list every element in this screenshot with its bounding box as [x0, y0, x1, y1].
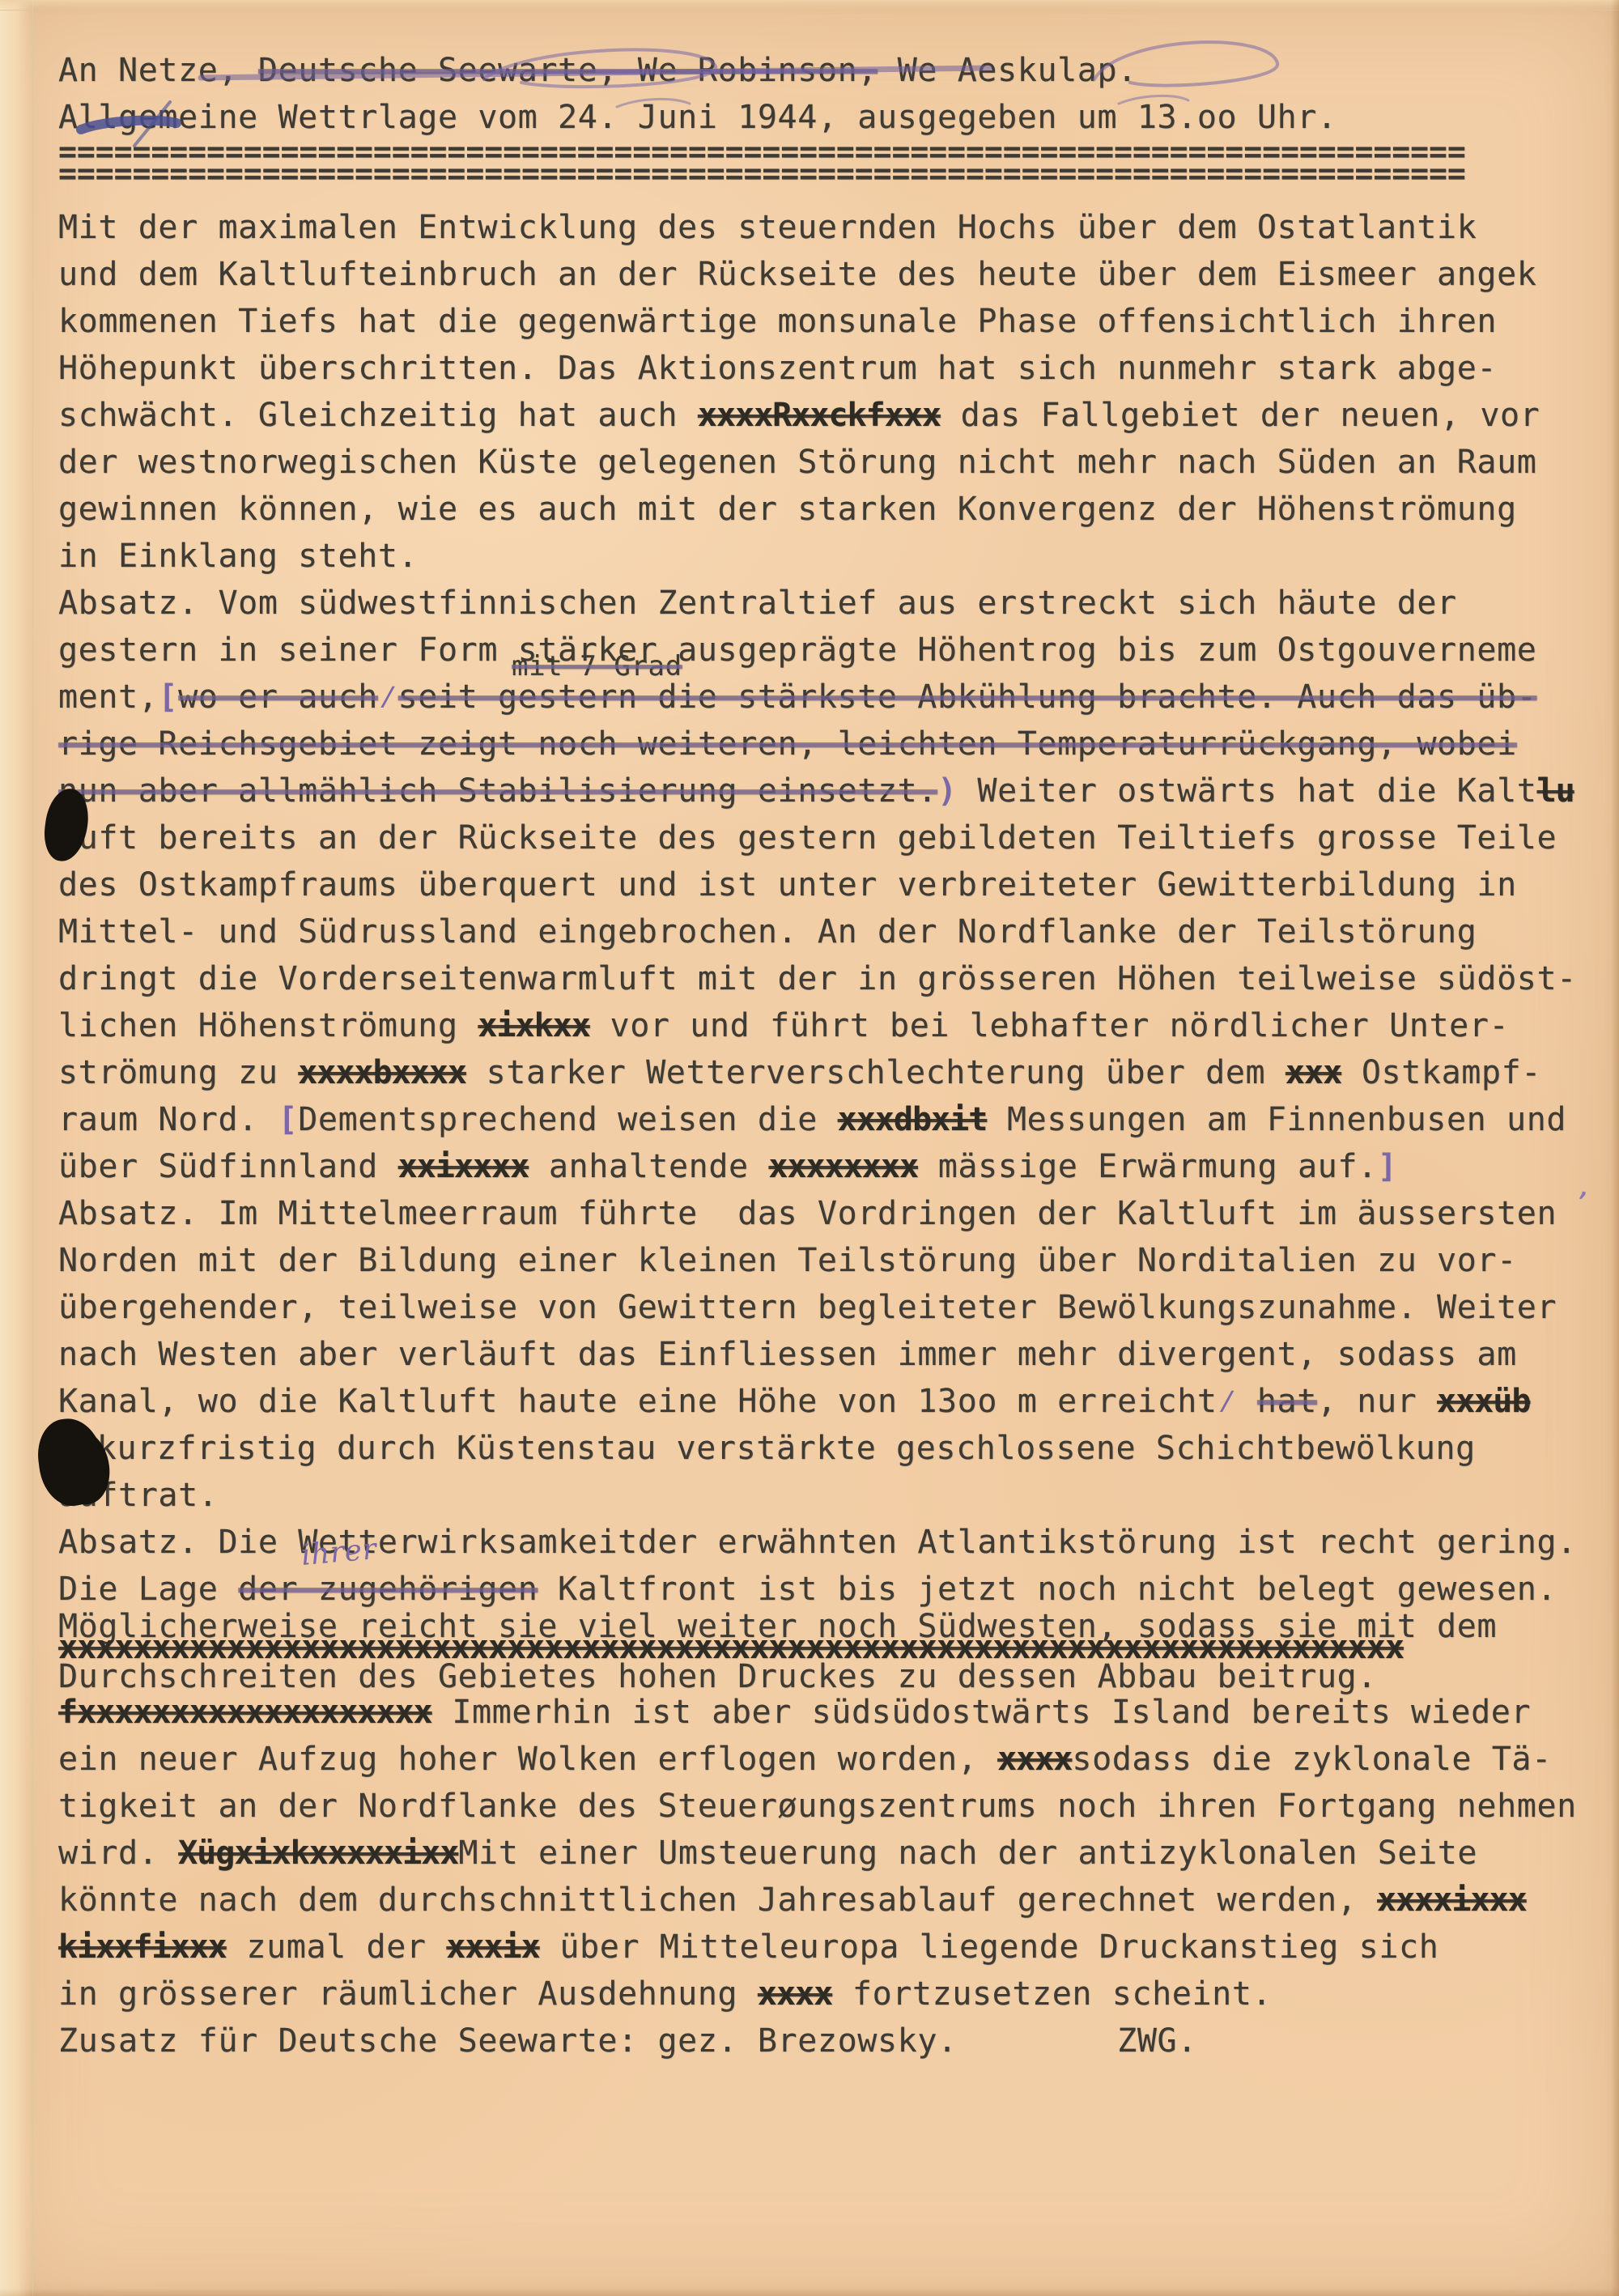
typed-line: rige Reichsgebiet zeigt noch weiteren, l…	[58, 721, 1596, 767]
typed-line: Absatz. Im Mittelmeerraum führte das Vor…	[58, 1190, 1596, 1237]
typed-line: tigkeit an der Nordflanke des Steuerøung…	[58, 1783, 1596, 1830]
handwritten-ihrer: ihrer	[300, 1535, 378, 1571]
typed-line: raum Nord. [Dementsprechend weisen die x…	[58, 1096, 1596, 1143]
interline-insert: mit 7 Grad	[512, 653, 682, 680]
typed-line: Kanal, wo die Kaltluft haute eine Höhe v…	[58, 1378, 1596, 1425]
typed-line: übergehender, teilweise von Gewittern be…	[58, 1284, 1596, 1331]
typed-line: kixxfixxx zumal der xxxix über Mitteleur…	[58, 1924, 1596, 1971]
typed-line: strömung zu xxxxbxxxx starker Wettervers…	[58, 1049, 1596, 1096]
divider-row: ========================================…	[58, 163, 1596, 185]
typed-line: ein neuer Aufzug hoher Wolken erflogen w…	[58, 1736, 1596, 1783]
typed-line: Norden mit der Bildung einer kleinen Tei…	[58, 1237, 1596, 1284]
typed-line: Absatz. Die Wetterwirksamkeitder erwähnt…	[58, 1519, 1596, 1566]
typed-line: lichen Höhenströmung xixkxx vor und führ…	[58, 1002, 1596, 1049]
typed-line: und dem Kaltlufteinbruch an der Rückseit…	[58, 251, 1596, 298]
typed-line: nach Westen aber verläuft das Einfliesse…	[58, 1331, 1596, 1378]
paper-bottom-edge	[0, 2288, 1619, 2296]
typed-line: der westnorwegischen Küste gelegenen Stö…	[58, 439, 1596, 486]
typed-line: schwächt. Gleichzeitig hat auch xxxxRxxc…	[58, 392, 1596, 439]
typed-line: Absatz. Vom südwestfinnischen Zentraltie…	[58, 580, 1596, 627]
typed-line: könnte nach dem durchschnittlichen Jahre…	[58, 1877, 1596, 1924]
typed-line: ment,[wo er auch⁄seit gestern die stärks…	[58, 674, 1596, 721]
typed-line: fxxxxxxxxxxxxxxxxxxx Immerhin ist aber s…	[58, 1689, 1596, 1736]
typed-line: in grösserer räumlicher Ausdehnung xxxx …	[58, 1971, 1596, 2018]
paper-top-edge	[0, 0, 1619, 11]
typed-line: Höhepunkt überschritten. Das Aktionszent…	[58, 345, 1596, 392]
typed-line: Mittel- und Südrussland eingebrochen. An…	[58, 908, 1596, 955]
typed-line: gewinnen können, wie es auch mit der sta…	[58, 486, 1596, 533]
paper-right-edge	[1611, 0, 1619, 2296]
typed-line: i kurzfristig durch Küstenstau verstärkt…	[58, 1425, 1596, 1472]
typed-line: über Südfinnland xxixxxx anhaltende xxxx…	[58, 1143, 1596, 1190]
typed-line: des Ostkampfraums überquert und ist unte…	[58, 861, 1596, 908]
typed-line: luft bereits an der Rückseite des gester…	[58, 814, 1596, 861]
typed-line: in Einklang steht.	[58, 533, 1596, 580]
paper-left-edge	[0, 0, 33, 2296]
typed-line: wird. XügxixkxxxxxixxMit einer Umsteueru…	[58, 1830, 1596, 1877]
header-line-recipients: An Netze, Deutsche Seewarte, We Robinson…	[58, 47, 1596, 94]
typed-line: Zusatz für Deutsche Seewarte: gez. Brezo…	[58, 2018, 1596, 2064]
typed-line: kommenen Tiefs hat die gegenwärtige mons…	[58, 298, 1596, 345]
typed-line: gestern in seiner Form stärker ausgepräg…	[58, 627, 1596, 674]
typed-line: Mit der maximalen Entwicklung des steuer…	[58, 204, 1596, 251]
typed-lines: An Netze, Deutsche Seewarte, We Robinson…	[58, 47, 1596, 2064]
document-scan-page: An Netze, Deutsche Seewarte, We Robinson…	[0, 0, 1619, 2296]
typed-line: dringt die Vorderseitenwarmluft mit der …	[58, 955, 1596, 1002]
typed-line: auftrat.	[58, 1472, 1596, 1519]
typed-line: nun aber allmählich Stabilisierung einse…	[58, 767, 1596, 814]
